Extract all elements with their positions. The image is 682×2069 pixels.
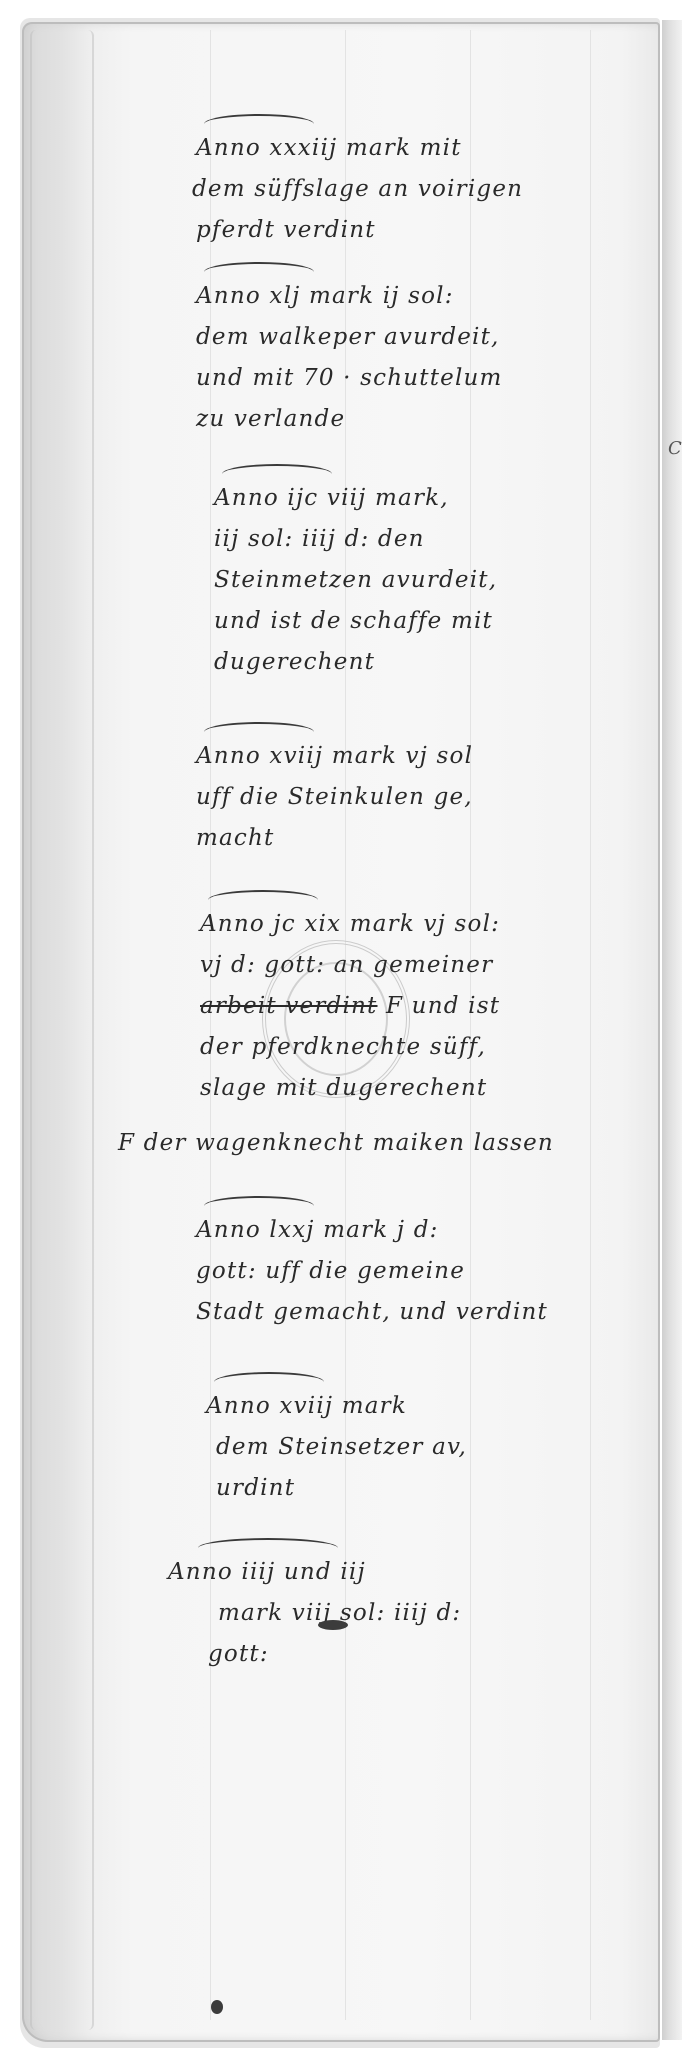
ledger-entry: Anno lxxj mark j d: gott: uff die gemein…	[196, 1210, 548, 1333]
entry-line: gott:	[208, 1634, 461, 1675]
flourish-stroke	[204, 114, 314, 134]
paper-chain-line	[590, 30, 591, 2020]
entry-line: Anno xviij mark	[206, 1386, 467, 1427]
entry-line: dem Steinsetzer av,	[216, 1427, 467, 1468]
entry-line: Anno xlj mark ij sol:	[196, 276, 503, 317]
flourish-stroke	[214, 1372, 324, 1392]
entry-line: Anno iiij und iij	[168, 1552, 461, 1593]
ledger-entry: Anno xlj mark ij sol: dem walkeper avurd…	[196, 276, 503, 440]
ink-blot	[318, 1620, 348, 1630]
entry-line: slage mit dugerechent	[200, 1068, 500, 1109]
flourish-stroke	[208, 890, 318, 910]
ledger-entry: Anno ijc viij mark, iij sol: iiij d: den…	[214, 478, 497, 683]
flourish-stroke	[204, 262, 314, 282]
entry-line: F und ist	[386, 993, 500, 1019]
ledger-entry: Anno xxxiij mark mit dem süffslage an vo…	[196, 128, 523, 251]
entry-line-group: arbeit verdint F und ist	[200, 986, 500, 1027]
entry-line: vj d: gott: an gemeiner	[200, 945, 500, 986]
ledger-entry: Anno xviij mark dem Steinsetzer av, urdi…	[206, 1386, 467, 1509]
entry-line: gott: uff die gemeine	[196, 1251, 548, 1292]
entry-line: dem walkeper avurdeit,	[196, 317, 503, 358]
entry-line: urdint	[216, 1468, 467, 1509]
entry-line: zu verlande	[196, 399, 503, 440]
flourish-stroke	[198, 1538, 338, 1558]
entry-line: uff die Steinkulen ge,	[196, 777, 473, 818]
margin-insertion-note: F der wagenknecht maiken lassen	[118, 1130, 554, 1156]
entry-line: dem süffslage an voirigen	[192, 169, 523, 210]
entry-line: dugerechent	[214, 642, 497, 683]
entry-line: Steinmetzen avurdeit,	[214, 560, 497, 601]
adjacent-page-edge	[662, 20, 682, 2040]
ink-stain	[211, 2000, 223, 2014]
entry-line: Anno lxxj mark j d:	[196, 1210, 548, 1251]
entry-line: Anno xxxiij mark mit	[196, 128, 523, 169]
entry-line: und ist de schaffe mit	[214, 601, 497, 642]
flourish-stroke	[204, 722, 314, 742]
entry-line: Stadt gemacht, und verdint	[196, 1292, 548, 1333]
struck-text: arbeit verdint	[200, 993, 378, 1019]
worn-left-edge	[30, 30, 94, 2030]
flourish-stroke	[204, 1196, 314, 1216]
ledger-entry: Anno xviij mark vj sol uff die Steinkule…	[196, 736, 473, 859]
flourish-stroke	[222, 464, 332, 484]
ledger-entry: Anno iiij und iij mark viij sol: iiij d:…	[168, 1552, 461, 1675]
entry-line: und mit 70 · schuttelum	[196, 358, 503, 399]
entry-line: Anno xviij mark vj sol	[196, 736, 473, 777]
entry-line: iij sol: iiij d: den	[214, 519, 497, 560]
entry-line: Anno ijc viij mark,	[214, 478, 497, 519]
entry-line: der pferdknechte süff,	[200, 1027, 500, 1068]
entry-line: Anno jc xix mark vj sol:	[200, 904, 500, 945]
adjacent-page-mark: C	[668, 438, 682, 459]
ledger-entry: Anno jc xix mark vj sol: vj d: gott: an …	[200, 904, 500, 1109]
entry-line: macht	[196, 818, 473, 859]
entry-line: pferdt verdint	[196, 210, 523, 251]
